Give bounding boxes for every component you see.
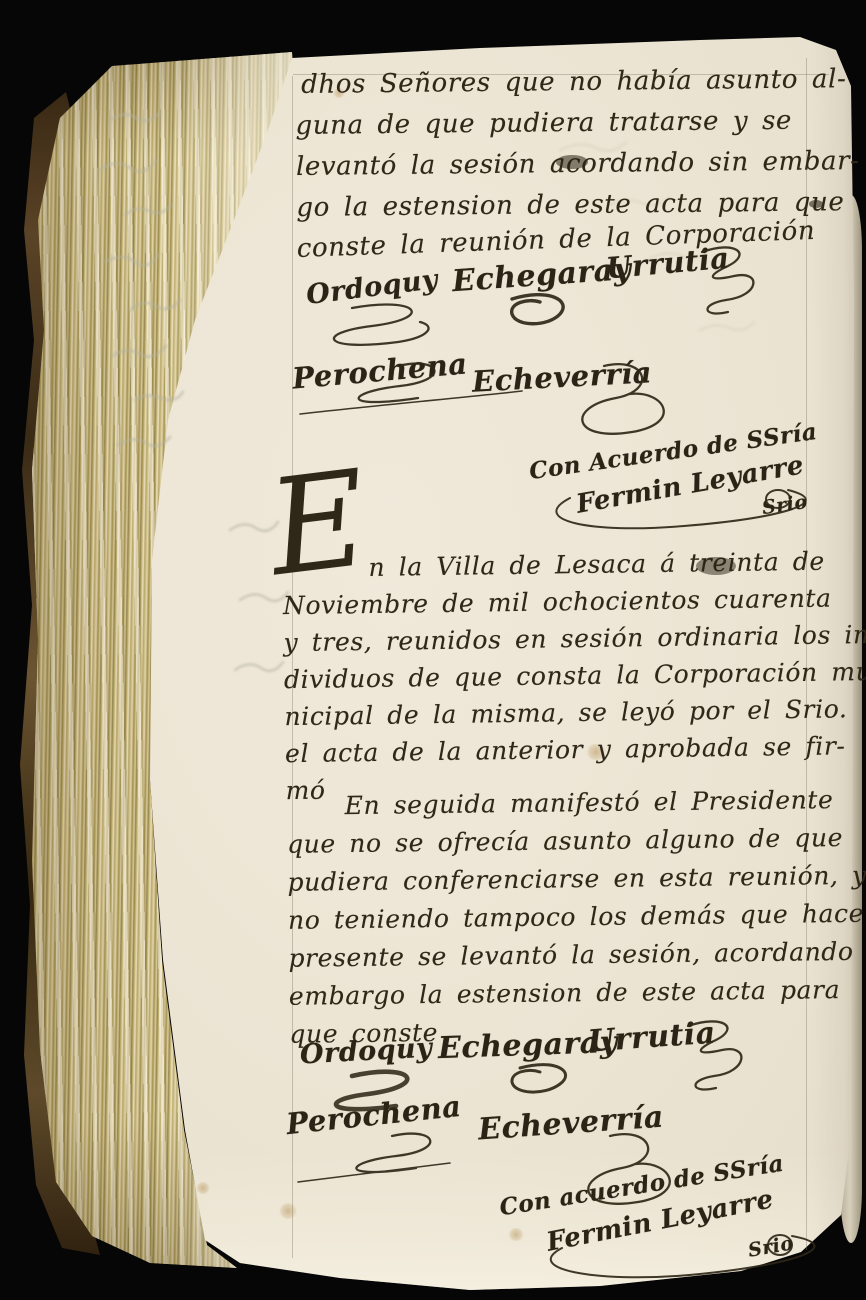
- manuscript-line: embargo la estension de este acta para: [289, 970, 866, 1016]
- foxing-spot: [279, 1203, 297, 1219]
- manuscript-line: levantó la sesión acordando sin embar-: [296, 141, 860, 188]
- manuscript-line: guna de que pudiera tratarse y se: [295, 100, 859, 147]
- book-photograph: dhos Señores que no había asunto al- gun…: [0, 0, 866, 1300]
- paragraph-session-body: En seguida manifestó el Presidente que n…: [286, 780, 866, 1054]
- paragraph-session-opening: n la Villa de Lesaca á treinta de Noviem…: [282, 542, 866, 809]
- manuscript-line: En seguida manifestó el Presidente: [344, 780, 866, 825]
- paragraph-session-tail: dhos Señores que no había asunto al- gun…: [295, 59, 861, 270]
- foxing-spot: [196, 1182, 210, 1194]
- manuscript-line: dhos Señores que no había asunto al-: [301, 59, 859, 106]
- foxing-spot: [508, 1228, 524, 1241]
